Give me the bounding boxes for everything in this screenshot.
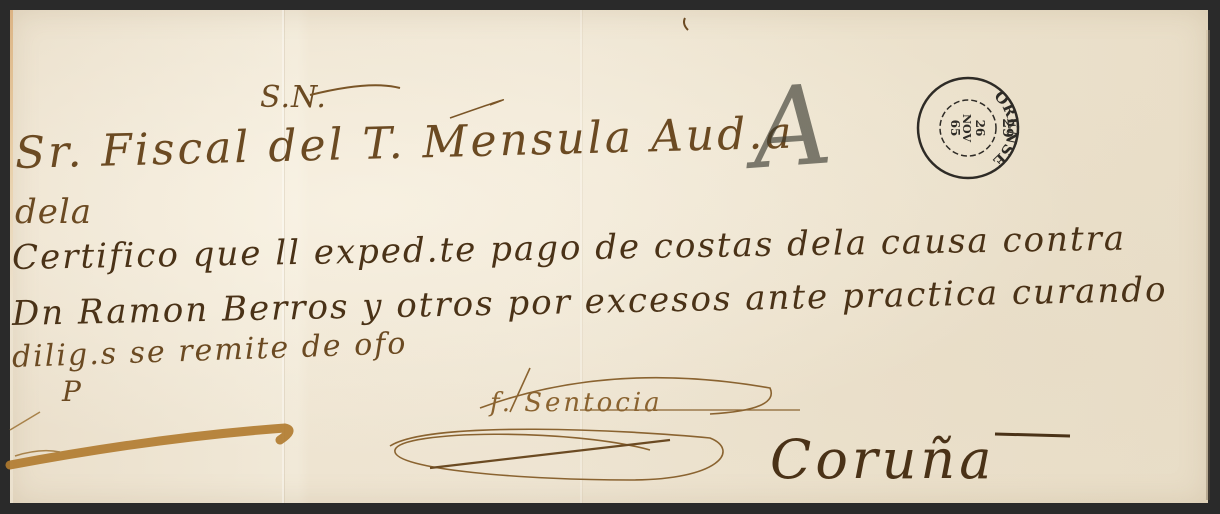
postmark: ORENSE 26 NOV 65 29 [913,73,1023,183]
ink-flourishes [10,10,1208,503]
postmark-year: 65 [948,120,962,137]
document-paper: S.N. Sr. Fiscal del T. Mensula Aud.a del… [10,10,1208,503]
postmark-day: 26 [973,120,987,137]
postmark-code: 29 [999,118,1015,137]
